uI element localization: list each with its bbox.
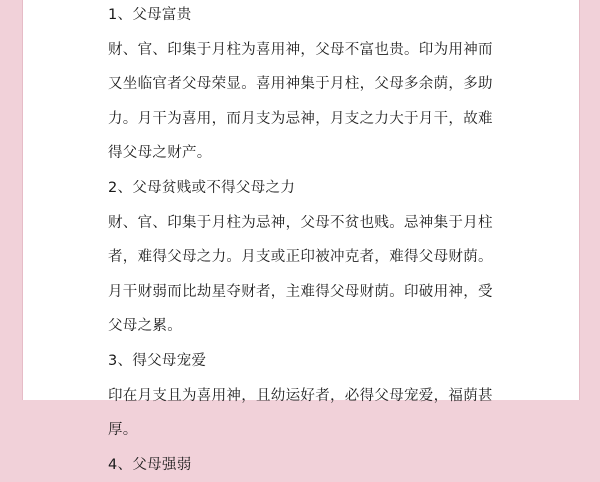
paragraph-line: 者，难得父母之力。月支或正印被冲克者，难得父母财荫。 (108, 240, 503, 275)
paragraph-line: 月干财弱而比劫星夺财者，主难得父母财荫。印破用神，受 (108, 275, 503, 310)
page-frame: 1、父母富贵 财、官、印集于月柱为喜用神，父母不富也贵。印为用神而 又坐临官者父… (0, 0, 600, 400)
paragraph-line: 力。月干为喜用，而月支为忌神，月支之力大于月干，故难 (108, 102, 503, 137)
section-parents-poor: 2、父母贫贱或不得父母之力 财、官、印集于月柱为忌神，父母不贫也贱。忌神集于月柱… (108, 171, 503, 344)
paragraph-line: 父母之累。 (108, 309, 503, 344)
paragraph-line: 财、官、印集于月柱为喜用神，父母不富也贵。印为用神而 (108, 33, 503, 68)
section-heading: 1、父母富贵 (108, 0, 503, 33)
paragraph-line: 又坐临官者父母荣显。喜用神集于月柱，父母多余荫，多助 (108, 67, 503, 102)
document-content: 1、父母富贵 财、官、印集于月柱为喜用神，父母不富也贵。印为用神而 又坐临官者父… (108, 0, 503, 400)
section-heading: 3、得父母宠爱 (108, 344, 503, 379)
document-page: 1、父母富贵 财、官、印集于月柱为喜用神，父母不富也贵。印为用神而 又坐临官者父… (22, 0, 580, 400)
paragraph-line: 得父母之财产。 (108, 136, 503, 171)
section-parents-wealthy: 1、父母富贵 财、官、印集于月柱为喜用神，父母不富也贵。印为用神而 又坐临官者父… (108, 0, 503, 171)
paragraph-line: 印在月支且为喜用神，且幼运好者，必得父母宠爱，福荫甚 (108, 379, 503, 400)
section-parental-favor: 3、得父母宠爱 印在月支且为喜用神，且幼运好者，必得父母宠爱，福荫甚 厚。 (108, 344, 503, 400)
section-heading: 2、父母贫贱或不得父母之力 (108, 171, 503, 206)
paragraph-line: 财、官、印集于月柱为忌神，父母不贫也贱。忌神集于月柱 (108, 206, 503, 241)
